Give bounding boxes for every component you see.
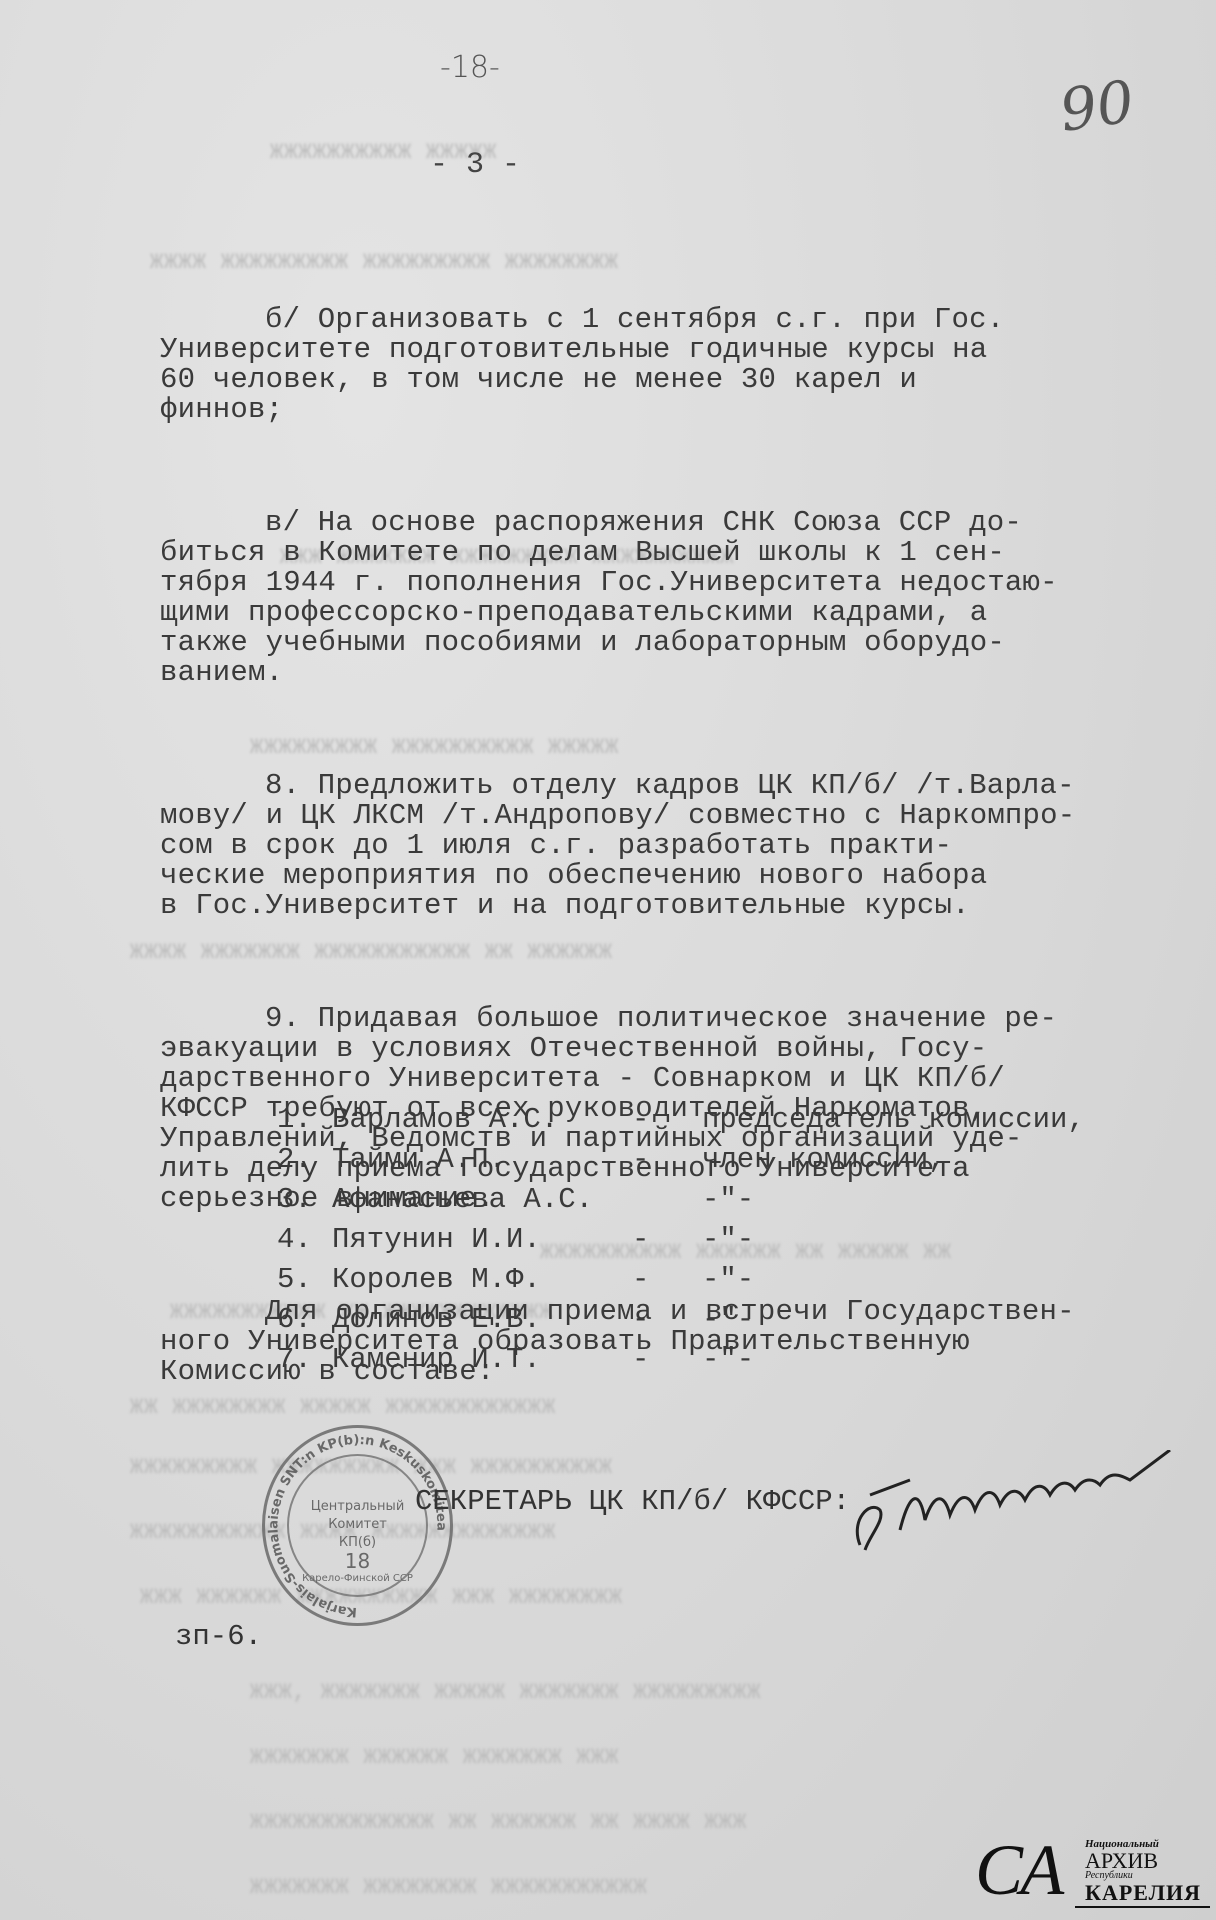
- list-item: 3. Афанасьева А.С. -"-: [277, 1180, 1085, 1220]
- document-page: ЖЖЖЖЖЖЖЖЖЖ ЖЖЖЖЖ ЖЖЖЖ ЖЖЖЖЖЖЖЖЖ ЖЖЖЖЖЖЖЖ…: [0, 0, 1216, 1920]
- logo-quill-rule: [1075, 1906, 1210, 1908]
- paragraph-v: в/ На основе распоряжения СНК Союза ССР …: [160, 508, 1210, 688]
- bleed-through-text: ЖЖЖЖЖЖЖ ЖЖЖЖЖЖ ЖЖЖЖЖЖЖ ЖЖЖ: [250, 1745, 619, 1770]
- secretary-title: СЕКРЕТАРЬ ЦК КП/б/ КФССР:: [415, 1485, 850, 1518]
- signature-icon: [840, 1450, 1190, 1560]
- folio-number: -18-: [440, 50, 500, 85]
- bleed-through-text: ЖЖЖЖЖЖЖЖЖЖЖЖЖ ЖЖ ЖЖЖЖЖЖ ЖЖ ЖЖЖЖ ЖЖЖ: [250, 1810, 747, 1835]
- bleed-through-text: ЖЖЖЖЖЖЖ ЖЖЖЖЖЖЖЖ ЖЖЖЖЖЖЖЖЖЖЖ: [250, 1875, 648, 1900]
- archive-logo-monogram-icon: СА: [975, 1834, 1064, 1906]
- list-item: 2. Тайми А.П. - член комиссии,: [277, 1140, 1085, 1180]
- list-item: 1. Варламов А.С. - председатель комиссии…: [277, 1100, 1085, 1140]
- archive-number-handwritten: 90: [1056, 67, 1139, 145]
- reference-code: зп-6.: [175, 1620, 262, 1653]
- list-item: 7. Каменир И.Т. - -"-: [277, 1340, 1085, 1380]
- list-item: 6. Долинов Е.В. - -"-: [277, 1300, 1085, 1340]
- bleed-through-text: ЖЖЖ, ЖЖЖЖЖЖЖ ЖЖЖЖЖ ЖЖЖЖЖЖЖ ЖЖЖЖЖЖЖЖЖ: [250, 1680, 761, 1705]
- paragraph-b: б/ Организовать с 1 сентября с.г. при Го…: [160, 305, 1210, 425]
- official-stamp: Karjalais-Suomalaisen SNT:n KP(b):n Kesk…: [262, 1425, 453, 1626]
- archive-logo: СА Национальный АРХИВ Республики КАРЕЛИЯ: [975, 1830, 1210, 1920]
- page-number: - 3 -: [430, 148, 520, 182]
- list-item: 4. Пятунин И.И. - -"-: [277, 1220, 1085, 1260]
- paragraph-8: 8. Предложить отделу кадров ЦК КП/б/ /т.…: [160, 771, 1210, 921]
- commission-list: 1. Варламов А.С. - председатель комиссии…: [277, 1100, 1085, 1380]
- list-item: 5. Королев М.Ф. - -"-: [277, 1260, 1085, 1300]
